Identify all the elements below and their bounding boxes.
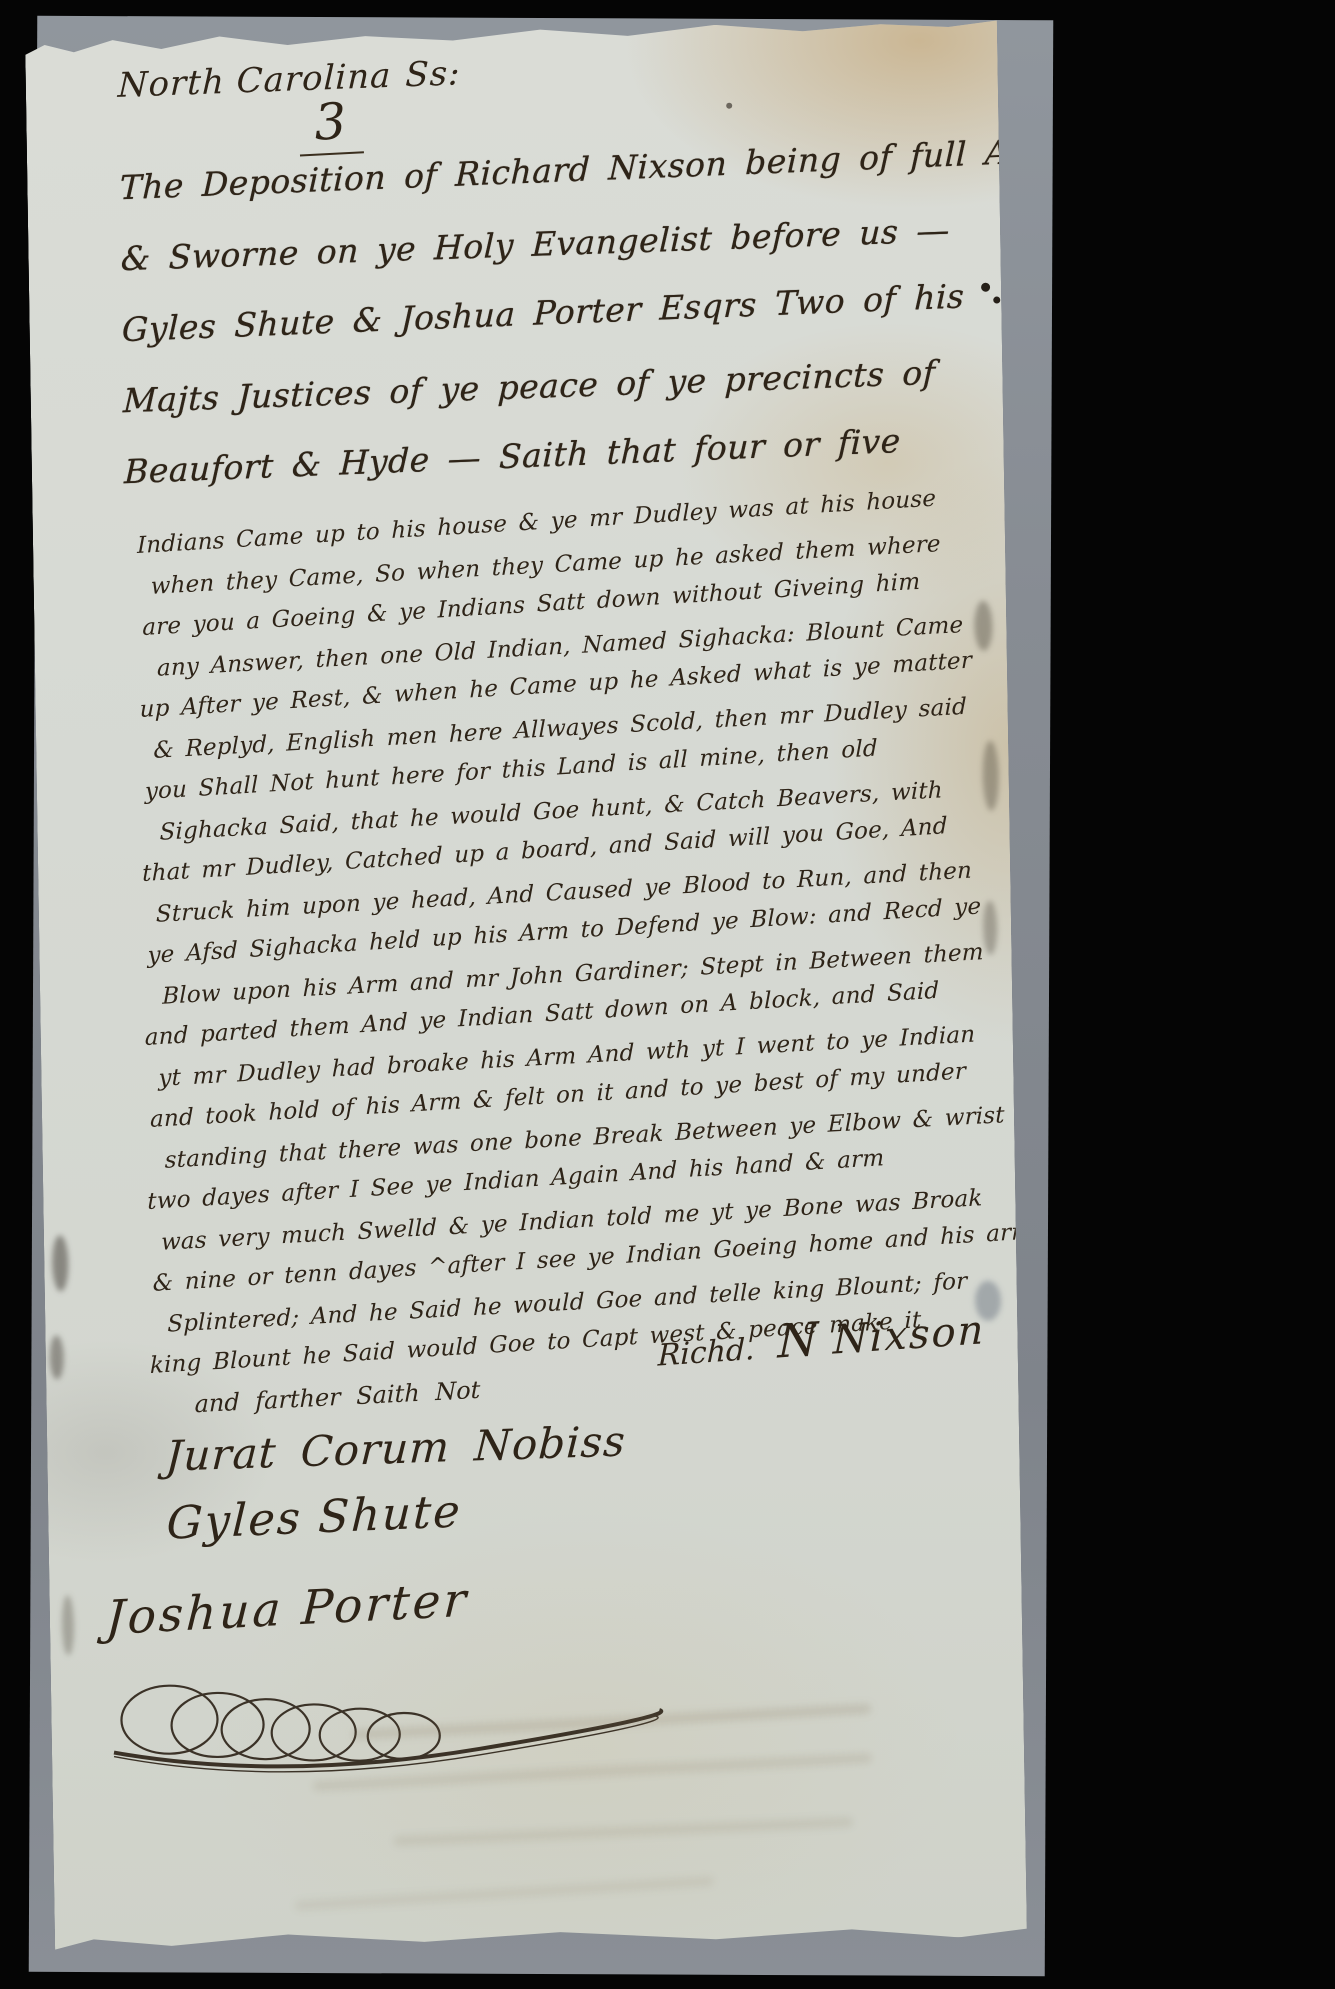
signature-mark: N	[777, 1312, 818, 1369]
attestation-block: Jurat Corum Nobiss Gyles Shute Joshua Po…	[165, 1424, 627, 1549]
ink-smudge	[52, 1235, 69, 1291]
photograph-background: North CarolinaSs: 3 The Deposition of Ri…	[0, 0, 1335, 1989]
ink-dot	[993, 296, 1000, 303]
bleed-through-mark	[393, 1817, 853, 1846]
ink-dot	[726, 103, 732, 109]
bleed-through-mark	[294, 1876, 714, 1911]
ink-dot	[981, 283, 990, 292]
ink-smudge	[49, 1335, 64, 1379]
signature-prefix: Richd.	[657, 1332, 754, 1374]
ss-abbreviation: Ss:	[405, 53, 461, 95]
ink-smudge	[62, 1595, 75, 1655]
jurat-line: Jurat Corum Nobiss	[164, 1416, 627, 1480]
ink-smudge	[975, 1281, 1002, 1321]
document-heading: North CarolinaSs:	[117, 53, 461, 106]
opening-paragraph: The Deposition of Richard Nixson being o…	[119, 138, 1024, 507]
manuscript-page: North CarolinaSs: 3 The Deposition of Ri…	[25, 20, 1027, 1951]
deposition-body: Indians Came up to his house & ye mr Dud…	[137, 512, 1070, 1387]
signature-surname: Nixson	[833, 1307, 986, 1364]
witness-signature-gyles-shute: Gyles Shute	[166, 1477, 628, 1549]
